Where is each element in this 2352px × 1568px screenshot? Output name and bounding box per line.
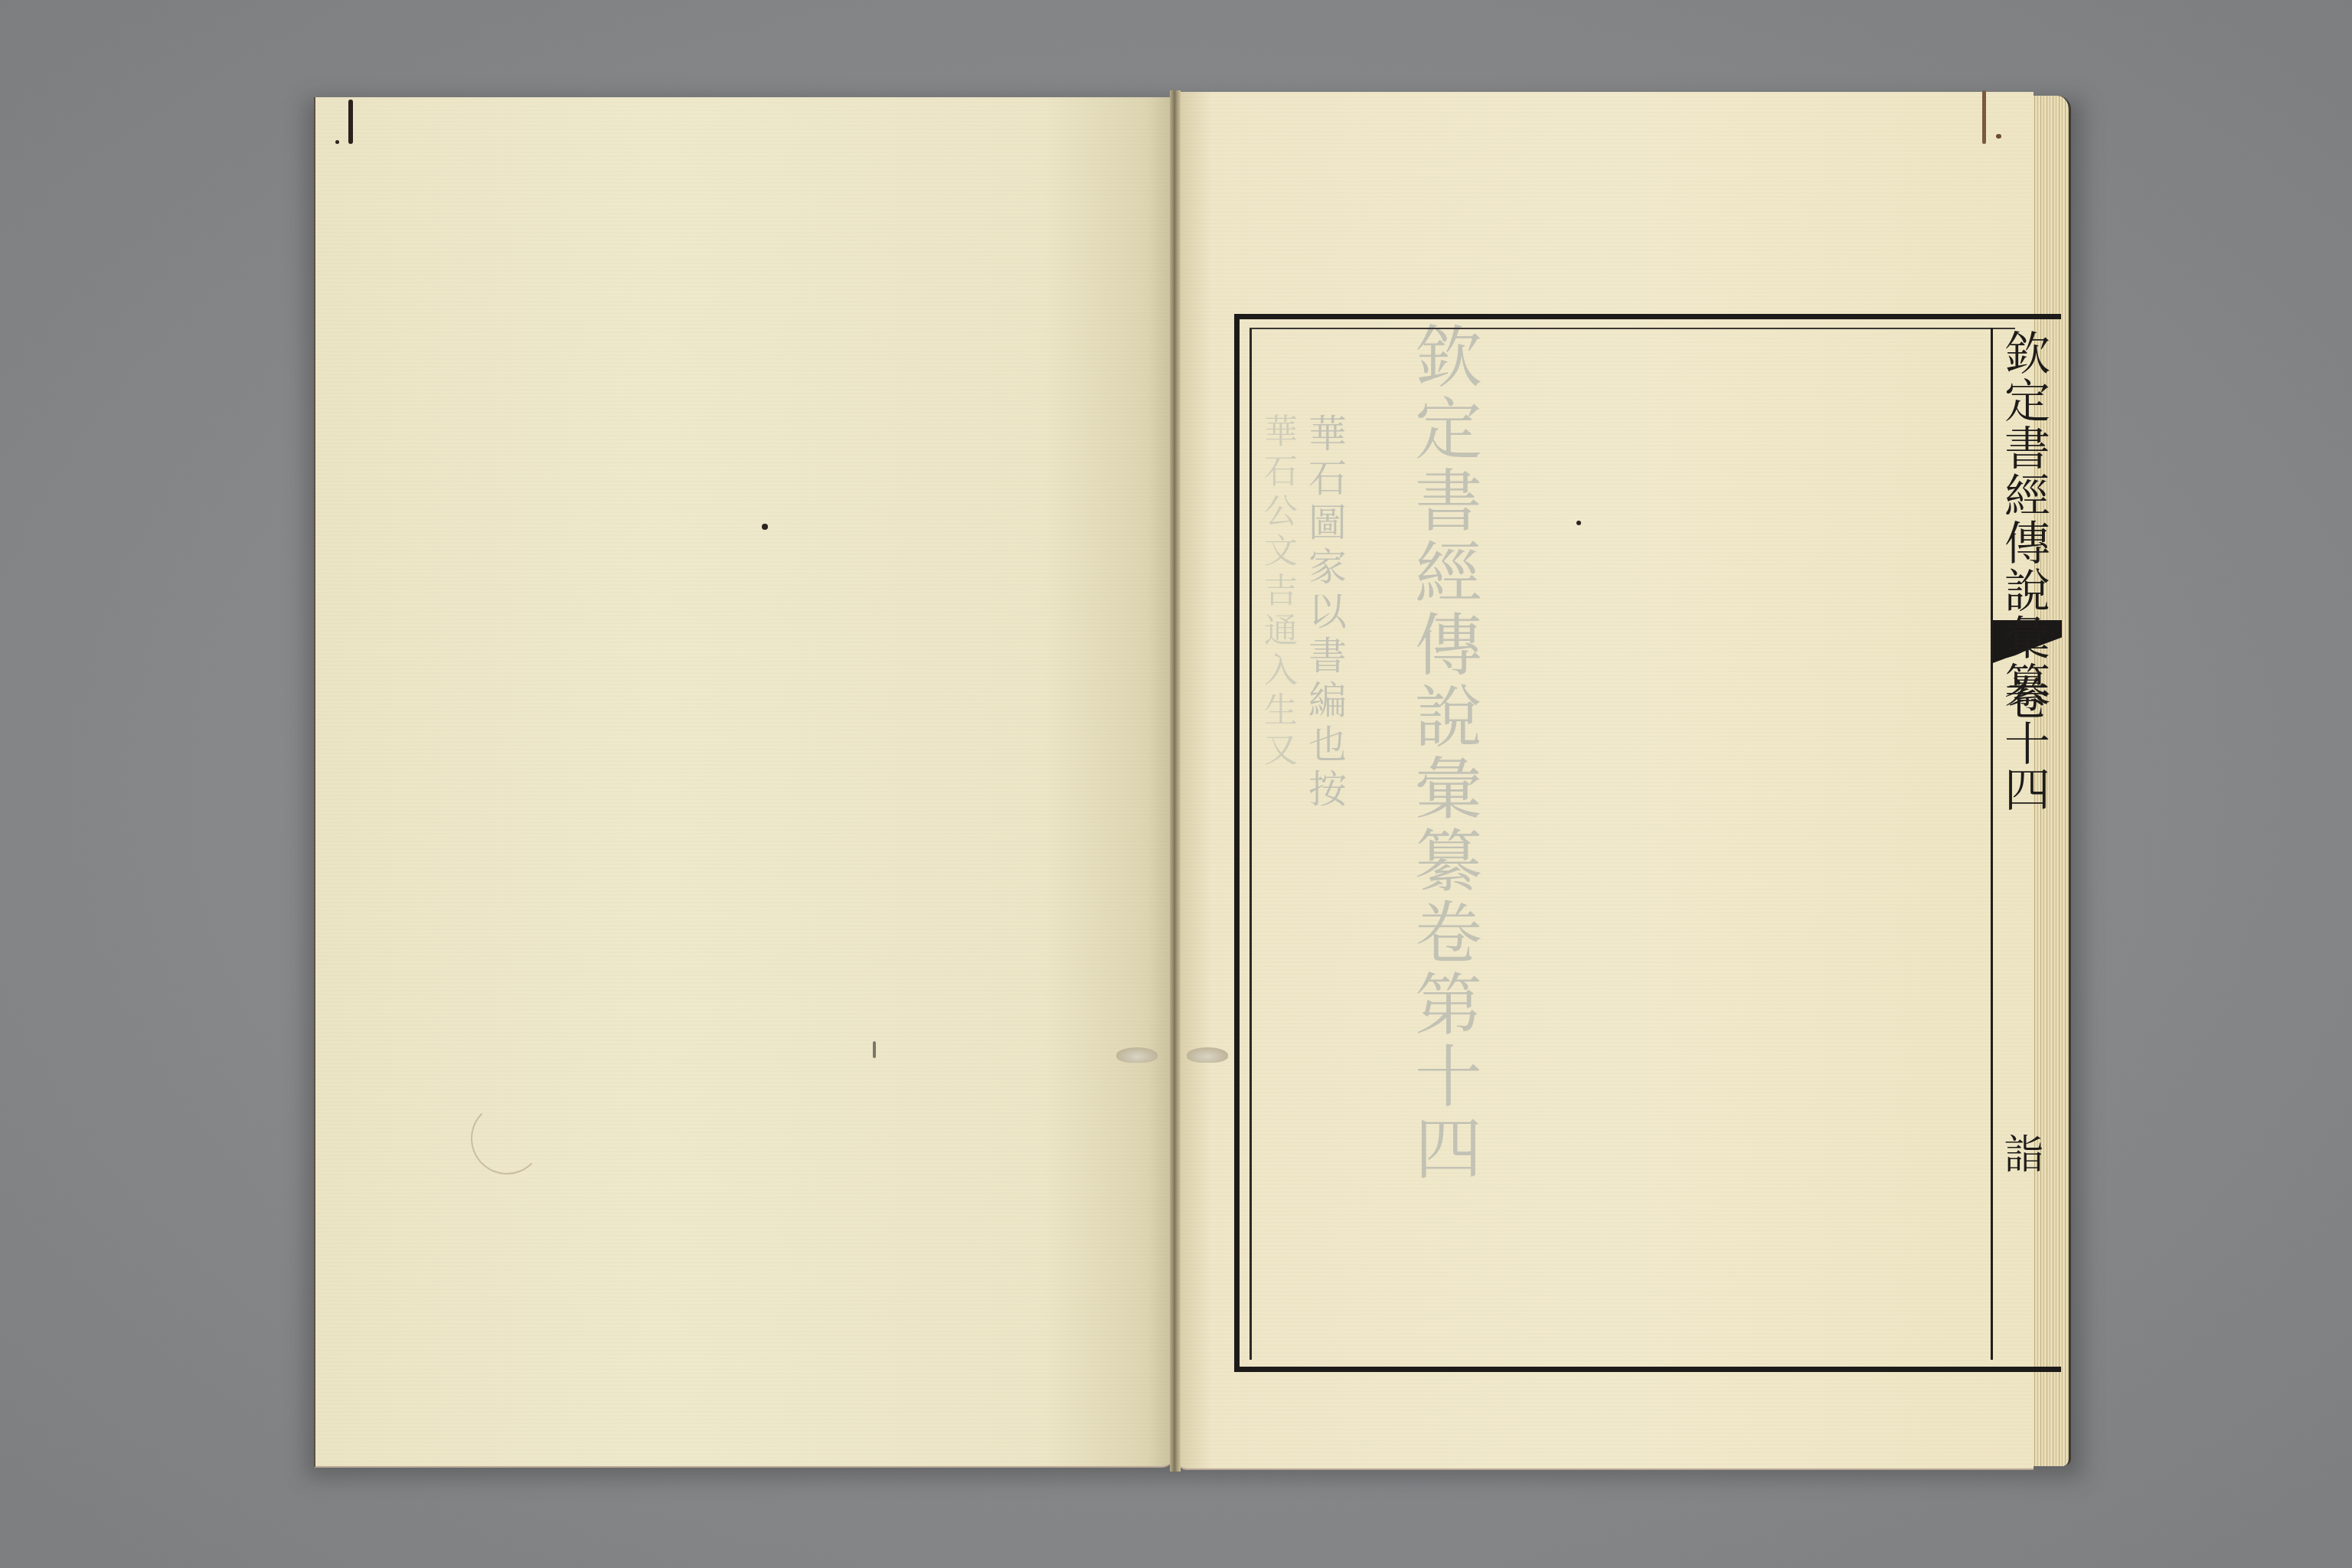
margin-book-title: 欽定書經傳說彙纂 [1997, 329, 2050, 709]
paper-fiber-curl [471, 1102, 543, 1174]
printed-frame-inner [1249, 328, 2015, 1360]
center-column-rule [1991, 328, 1993, 1360]
crack-right [1982, 90, 1986, 144]
dot-left-page [762, 524, 768, 530]
mark-left-page [873, 1041, 876, 1058]
book-gutter [1170, 90, 1181, 1472]
wormhole-right [1187, 1047, 1228, 1063]
wormhole-left [1116, 1047, 1158, 1063]
margin-volume-number: 卷十四 [1997, 674, 2050, 812]
ink-crack-left [348, 100, 353, 144]
speck [1996, 134, 2001, 139]
paper-texture [315, 97, 1173, 1466]
speck [335, 140, 339, 144]
dot-right-page [1576, 521, 1581, 525]
left-page [314, 97, 1173, 1468]
margin-footer-char: 詣 [2003, 1133, 2049, 1173]
